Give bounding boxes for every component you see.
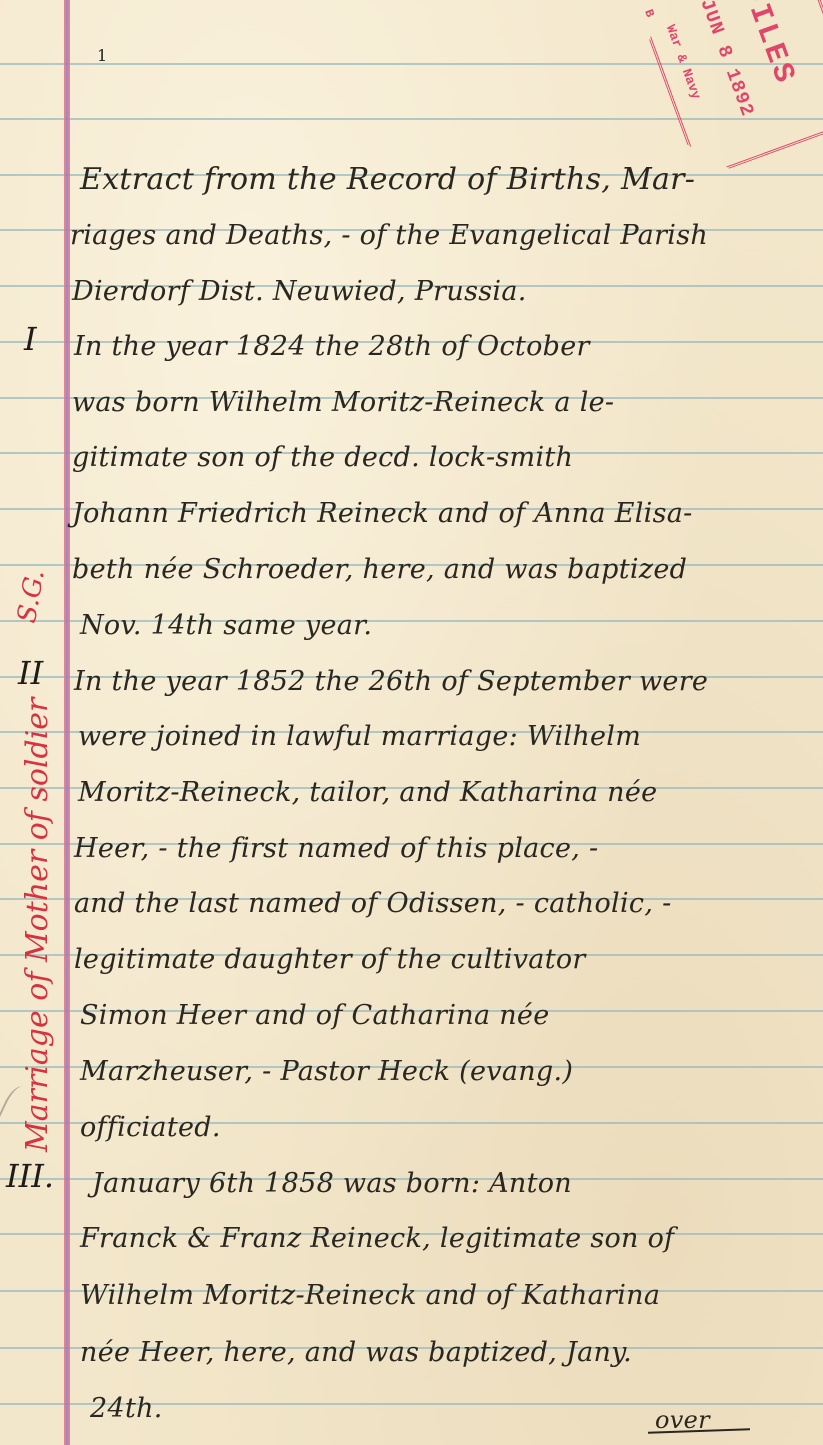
entry-line: In the year 1852 the 26th of September w… xyxy=(74,668,708,695)
entry-line: Marzheuser, - Pastor Heck (evang.) xyxy=(80,1058,573,1085)
heading-line: riages and Deaths, - of the Evangelical … xyxy=(70,222,708,249)
entry-line: Moritz-Reineck, tailor, and Katharina né… xyxy=(78,779,657,806)
entry-numeral: II xyxy=(18,657,43,689)
margin-initials-annotation: S.G. xyxy=(12,568,51,626)
entry-line: In the year 1824 the 28th of October xyxy=(74,333,590,360)
page-number: 1 xyxy=(97,46,107,65)
heading-line: Extract from the Record of Births, Mar- xyxy=(80,165,695,195)
entry-line: and the last named of Odissen, - catholi… xyxy=(74,890,672,917)
margin-vertical-annotation: Marriage of Mother of soldier xyxy=(20,698,55,1152)
entry-line: beth née Schroeder, here, and was baptiz… xyxy=(72,556,687,583)
entry-line: Franck & Franz Reineck, legitimate son o… xyxy=(80,1225,674,1252)
entry-line: gitimate son of the decd. lock-smith xyxy=(72,444,573,471)
heading-line: Dierdorf Dist. Neuwied, Prussia. xyxy=(72,278,527,305)
entry-line: née Heer, here, and was baptized, Jany. xyxy=(80,1339,632,1366)
document-page: 1 B War & Navy JUN 8 1892 FILES S.G. Mar… xyxy=(0,0,823,1445)
entry-line: officiated. xyxy=(80,1114,221,1141)
entry-line: Nov. 14th same year. xyxy=(80,612,372,639)
filing-stamp: B War & Navy JUN 8 1892 FILES xyxy=(637,0,823,179)
entry-numeral: I xyxy=(24,323,37,355)
entry-line: January 6th 1858 was born: Anton xyxy=(92,1170,572,1197)
stamp-corner-letter: B xyxy=(641,8,657,20)
margin-line xyxy=(64,0,70,1445)
entry-line: Simon Heer and of Catharina née xyxy=(80,1002,550,1029)
entry-numeral: III. xyxy=(6,1160,54,1192)
entry-line: Heer, - the first named of this place, - xyxy=(74,835,598,862)
entry-line: was born Wilhelm Moritz-Reineck a le- xyxy=(72,389,614,416)
continuation-note: over xyxy=(655,1408,710,1432)
entry-line: were joined in lawful marriage: Wilhelm xyxy=(78,723,641,750)
entry-line: Johann Friedrich Reineck and of Anna Eli… xyxy=(72,500,693,527)
entry-line: Wilhelm Moritz-Reineck and of Katharina xyxy=(80,1282,660,1309)
entry-line: 24th. xyxy=(90,1395,163,1422)
entry-line: legitimate daughter of the cultivator xyxy=(74,946,586,973)
